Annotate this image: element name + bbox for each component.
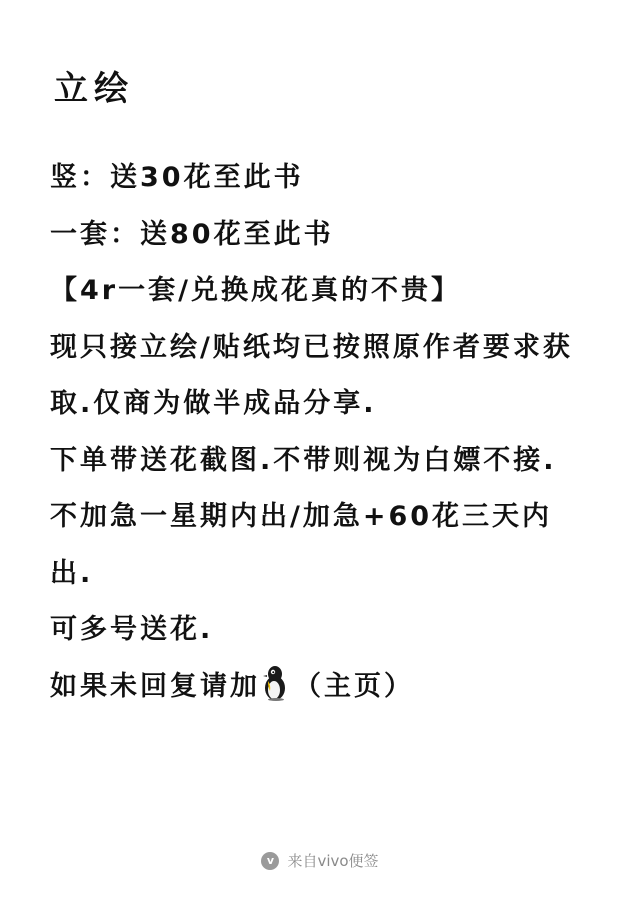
note-line-order-screenshot: 下单带送花截图.不带则视为白嫖不接. (50, 433, 595, 490)
note-line-exchange-note: 【4r一套/兑换成花真的不贵】 (50, 263, 595, 320)
note-line-contact: 如果未回复请加 （主页） (50, 659, 595, 716)
note-line-policy: 现只接立绘/贴纸均已按照原作者要求获取.仅商为做半成品分享. (50, 320, 595, 433)
note-page: 立绘 竖：送30花至此书 一套：送80花至此书 【4r一套/兑换成花真的不贵】 … (0, 0, 640, 918)
note-line-set-price: 一套：送80花至此书 (50, 207, 595, 264)
note-body: 竖：送30花至此书 一套：送80花至此书 【4r一套/兑换成花真的不贵】 现只接… (50, 150, 595, 715)
note-line-delivery-time: 不加急一星期内出/加急+60花三天内出. (50, 489, 595, 602)
footer-source-text: 来自vivo便签 (287, 849, 378, 873)
vivo-logo-icon: v (261, 852, 279, 870)
homepage-label: （主页） (294, 671, 414, 702)
penguin-icon (262, 663, 288, 701)
contact-text: 如果未回复请加 (50, 671, 260, 702)
note-line-multi-account: 可多号送花. (50, 602, 595, 659)
footer-source-inner: v 来自vivo便签 (261, 849, 378, 873)
footer-source: v 来自vivo便签 (0, 847, 640, 873)
note-title: 立绘 (54, 66, 134, 112)
note-line-vertical-price: 竖：送30花至此书 (50, 150, 595, 207)
